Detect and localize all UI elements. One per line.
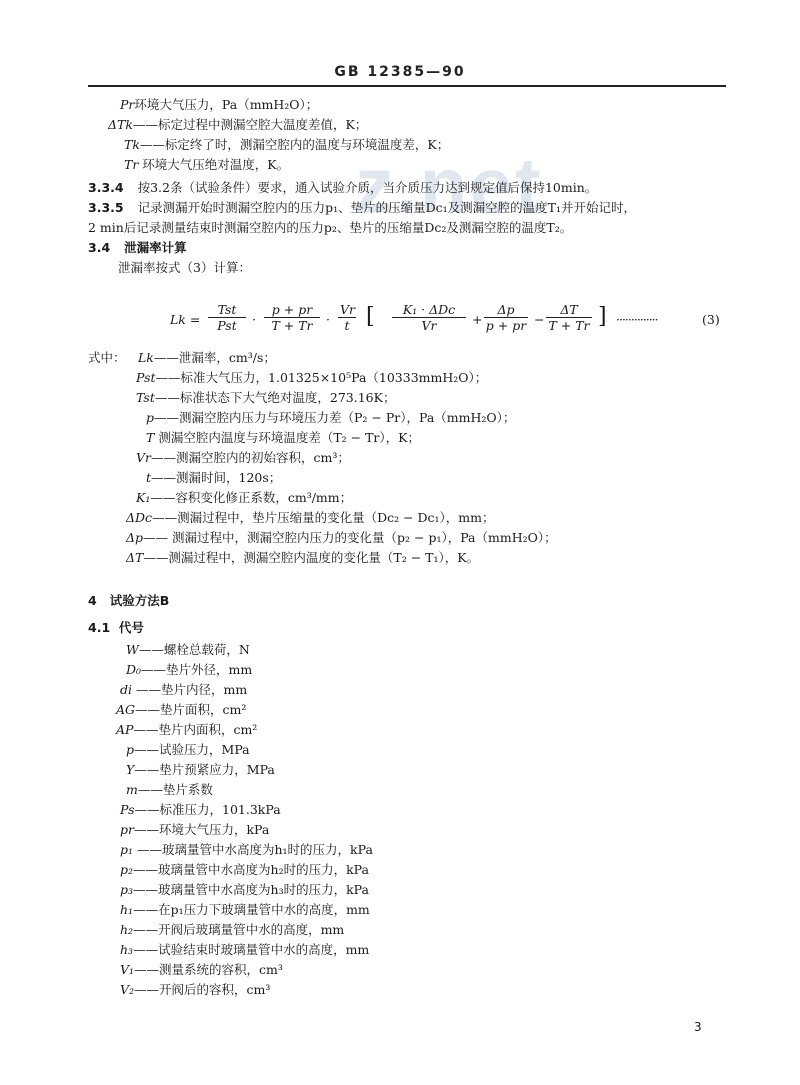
definition-item: Y——垫片预紧应力，MPa bbox=[126, 762, 275, 778]
clause-text: 泄漏率计算 bbox=[124, 240, 187, 255]
definition-text: ——标准压力，101.3kPa bbox=[135, 802, 281, 817]
clause-text: 按3.2条（试验条件）要求，通入试验介质，当介质压力达到规定值后保持10min。 bbox=[138, 180, 598, 195]
definition-item: V₂——开阀后的容积，cm³ bbox=[120, 982, 270, 998]
definition-item: ΔTk——标定过程中测漏空腔大温度差值，K； bbox=[108, 117, 367, 133]
symbol: h₂ bbox=[120, 922, 133, 938]
equation-3: Lk = Tst Pst · p + pr T + Tr · Vr t [ K₁… bbox=[170, 300, 730, 340]
definition-item: Vr——测漏空腔内的初始容积，cm³； bbox=[136, 450, 350, 466]
symbol: ΔT bbox=[126, 550, 143, 566]
symbol: pr bbox=[120, 822, 134, 838]
definition-item: p₁ ——玻璃量管中水高度为h₁时的压力，kPa bbox=[120, 842, 373, 858]
definition-item: h₁——在p₁压力下玻璃量管中水的高度，mm bbox=[120, 902, 370, 918]
definition-text: ——标准大气压力，1.01325×10⁵Pa（10333mmH₂O）； bbox=[156, 370, 488, 385]
definition-text: ——标定过程中测漏空腔大温度差值，K； bbox=[133, 117, 367, 132]
symbol: p₂ bbox=[120, 862, 133, 878]
symbol: Δp bbox=[126, 530, 143, 546]
definition-text: —— 测漏过程中，测漏空腔内压力的变化量（p₂ − p₁），Pa（mmH₂O）； bbox=[143, 530, 557, 545]
symbol: m bbox=[126, 782, 138, 798]
definition-item: K₁——容积变化修正系数，cm³/mm； bbox=[136, 490, 352, 506]
formula-frac-volume-correction: K₁ · ΔDc Vr bbox=[392, 302, 466, 333]
formula-frac-delta-p: Δp p + pr bbox=[484, 302, 528, 333]
standard-code-header: GB 12385—90 bbox=[0, 64, 800, 80]
formula-leader: ·············· bbox=[616, 312, 658, 327]
definition-text: ——试验结束时玻璃量管中水的高度，mm bbox=[133, 942, 369, 957]
clause: 泄漏率按式（3）计算： bbox=[118, 260, 251, 276]
definition-item: Pr环境大气压力，Pa（mmH₂O）； bbox=[120, 97, 318, 113]
symbol: Pr bbox=[120, 97, 134, 113]
definition-item: p₂——玻璃量管中水高度为h₂时的压力，kPa bbox=[120, 862, 369, 878]
definition-item: t——测漏时间，120s； bbox=[146, 470, 281, 486]
definition-text: ——测漏过程中，测漏空腔内温度的变化量（T₂ − T₁），K。 bbox=[143, 550, 479, 565]
definition-text: ——标定终了时，测漏空腔内的温度与环境温度差，K； bbox=[140, 137, 449, 152]
definition-text: ——测漏时间，120s； bbox=[151, 470, 281, 485]
definition-text: ——在p₁压力下玻璃量管中水的高度，mm bbox=[133, 902, 370, 917]
definition-text: ——环境大气压力，kPa bbox=[134, 822, 269, 837]
definition-item: AG——垫片面积，cm² bbox=[116, 702, 246, 718]
definition-item: Tk——标定终了时，测漏空腔内的温度与环境温度差，K； bbox=[124, 137, 449, 153]
definition-text: ——玻璃量管中水高度为h₂时的压力，kPa bbox=[133, 862, 369, 877]
definition-text: 测漏空腔内温度与环境温度差（T₂ − Tr），K； bbox=[154, 430, 420, 445]
definition-text: 环境大气压力，Pa（mmH₂O）； bbox=[134, 97, 318, 112]
definition-item: Lk——泄漏率，cm³/s； bbox=[138, 350, 276, 366]
section-4-1-heading: 4.1 代号 bbox=[88, 620, 144, 636]
definition-item: di ——垫片内径，mm bbox=[120, 682, 247, 698]
definition-text: ——垫片外径，mm bbox=[141, 662, 252, 677]
definition-text: ——垫片预紧应力，MPa bbox=[134, 762, 275, 777]
definition-text: ——开阀后的容积，cm³ bbox=[134, 982, 270, 997]
symbol: V₁ bbox=[120, 962, 134, 978]
symbol: p bbox=[126, 742, 134, 758]
symbol: p bbox=[146, 410, 154, 426]
symbol: ΔDc bbox=[126, 510, 152, 526]
header-rule bbox=[88, 85, 726, 87]
clause: 2 min后记录测量结束时测漏空腔内的压力p₂、垫片的压缩量Dc₂及测漏空腔的温… bbox=[88, 220, 572, 236]
definition-item: h₃——试验结束时玻璃量管中水的高度，mm bbox=[120, 942, 369, 958]
definition-text: ——测漏过程中，垫片压缩量的变化量（Dc₂ − Dc₁），mm； bbox=[152, 510, 494, 525]
definition-text: ——标准状态下大气绝对温度，273.16K； bbox=[155, 390, 396, 405]
symbol: Pst bbox=[136, 370, 156, 386]
definition-item: p₃——玻璃量管中水高度为h₃时的压力，kPa bbox=[120, 882, 369, 898]
definition-item: p——试验压力，MPa bbox=[126, 742, 250, 758]
definition-text: ——垫片面积，cm² bbox=[135, 702, 246, 717]
definition-item: W——螺栓总载荷，N bbox=[126, 642, 250, 658]
definition-text: ——垫片系数 bbox=[138, 782, 213, 797]
definition-text: ——垫片内面积，cm² bbox=[133, 722, 257, 737]
clause-number: 3.3.4 bbox=[88, 180, 124, 195]
definition-text: ——测漏空腔内的初始容积，cm³； bbox=[151, 450, 350, 465]
section-4-heading: 4 试验方法B bbox=[88, 593, 169, 609]
page-number: 3 bbox=[694, 1020, 702, 1034]
definition-item: AP——垫片内面积，cm² bbox=[116, 722, 257, 738]
symbol: di bbox=[120, 682, 132, 698]
symbol: Lk bbox=[138, 350, 154, 366]
definition-item: p——测漏空腔内压力与环境压力差（P₂ − Pr），Pa（mmH₂O）； bbox=[146, 410, 515, 426]
where-label: 式中： bbox=[88, 350, 126, 366]
clause: 3.3.5记录测漏开始时测漏空腔内的压力p₁、垫片的压缩量Dc₁及测漏空腔的温度… bbox=[88, 200, 636, 216]
definition-item: Ps——标准压力，101.3kPa bbox=[120, 802, 281, 818]
formula-frac-delta-t: ΔT T + Tr bbox=[546, 302, 592, 333]
symbol: Tk bbox=[124, 137, 140, 153]
definition-text: ——试验压力，MPa bbox=[134, 742, 250, 757]
symbol: AG bbox=[116, 702, 135, 718]
definition-text: ——螺栓总载荷，N bbox=[139, 642, 250, 657]
symbol: W bbox=[126, 642, 139, 658]
symbol: Tst bbox=[136, 390, 155, 406]
definition-text: ——垫片内径，mm bbox=[132, 682, 247, 697]
symbol: K₁ bbox=[136, 490, 150, 506]
formula-frac-volume-time: Vr t bbox=[338, 302, 356, 333]
definition-text: ——测漏空腔内压力与环境压力差（P₂ − Pr），Pa（mmH₂O）； bbox=[154, 410, 515, 425]
clause-text: 泄漏率按式（3）计算： bbox=[118, 260, 251, 275]
clause: 3.4泄漏率计算 bbox=[88, 240, 187, 256]
symbol: p₁ bbox=[120, 842, 133, 858]
symbol: V₂ bbox=[120, 982, 134, 998]
symbol: Ps bbox=[120, 802, 135, 818]
definition-item: Δp—— 测漏过程中，测漏空腔内压力的变化量（p₂ − p₁），Pa（mmH₂O… bbox=[126, 530, 557, 546]
definition-item: T 测漏空腔内温度与环境温度差（T₂ − Tr），K； bbox=[146, 430, 420, 446]
definition-text: ——泄漏率，cm³/s； bbox=[154, 350, 276, 365]
bracket-close: ] bbox=[598, 304, 607, 329]
symbol: Tr bbox=[124, 157, 138, 173]
symbol: h₁ bbox=[120, 902, 133, 918]
definition-text: 环境大气压绝对温度，K。 bbox=[138, 157, 289, 172]
clause-number: 3.4 bbox=[88, 240, 110, 255]
document-page: GB 12385—90 z.net Pr环境大气压力，Pa（mmH₂O）；ΔTk… bbox=[0, 0, 800, 1085]
definition-item: h₂——开阀后玻璃量管中水的高度，mm bbox=[120, 922, 344, 938]
definition-item: pr——环境大气压力，kPa bbox=[120, 822, 269, 838]
definition-item: Pst——标准大气压力，1.01325×10⁵Pa（10333mmH₂O）； bbox=[136, 370, 487, 386]
definition-text: ——玻璃量管中水高度为h₃时的压力，kPa bbox=[133, 882, 369, 897]
symbol: AP bbox=[116, 722, 133, 738]
clause-text: 2 min后记录测量结束时测漏空腔内的压力p₂、垫片的压缩量Dc₂及测漏空腔的温… bbox=[88, 220, 572, 235]
definition-item: ΔDc——测漏过程中，垫片压缩量的变化量（Dc₂ − Dc₁），mm； bbox=[126, 510, 495, 526]
definition-text: ——开阀后玻璃量管中水的高度，mm bbox=[133, 922, 344, 937]
definition-item: D₀——垫片外径，mm bbox=[126, 662, 252, 678]
definition-item: m——垫片系数 bbox=[126, 782, 213, 798]
clause: 3.3.4按3.2条（试验条件）要求，通入试验介质，当介质压力达到规定值后保持1… bbox=[88, 180, 597, 196]
bracket-open: [ bbox=[366, 304, 375, 329]
definition-text: ——测量系统的容积，cm³ bbox=[134, 962, 283, 977]
definition-text: ——玻璃量管中水高度为h₁时的压力，kPa bbox=[133, 842, 373, 857]
symbol: h₃ bbox=[120, 942, 133, 958]
definition-item: V₁——测量系统的容积，cm³ bbox=[120, 962, 283, 978]
formula-frac-tst-pst: Tst Pst bbox=[208, 302, 246, 333]
symbol: Vr bbox=[136, 450, 151, 466]
clause-text: 记录测漏开始时测漏空腔内的压力p₁、垫片的压缩量Dc₁及测漏空腔的温度T₁并开始… bbox=[138, 200, 636, 215]
definition-item: Tr 环境大气压绝对温度，K。 bbox=[124, 157, 289, 173]
formula-lhs: Lk = bbox=[170, 312, 200, 327]
clause-number: 3.3.5 bbox=[88, 200, 124, 215]
definition-item: Tst——标准状态下大气绝对温度，273.16K； bbox=[136, 390, 395, 406]
symbol: D₀ bbox=[126, 662, 141, 678]
symbol: ΔTk bbox=[108, 117, 133, 133]
symbol: p₃ bbox=[120, 882, 133, 898]
formula-frac-pressure: p + pr T + Tr bbox=[264, 302, 320, 333]
definition-item: ΔT——测漏过程中，测漏空腔内温度的变化量（T₂ − T₁），K。 bbox=[126, 550, 479, 566]
equation-number: (3) bbox=[702, 312, 720, 327]
definition-text: ——容积变化修正系数，cm³/mm； bbox=[150, 490, 352, 505]
